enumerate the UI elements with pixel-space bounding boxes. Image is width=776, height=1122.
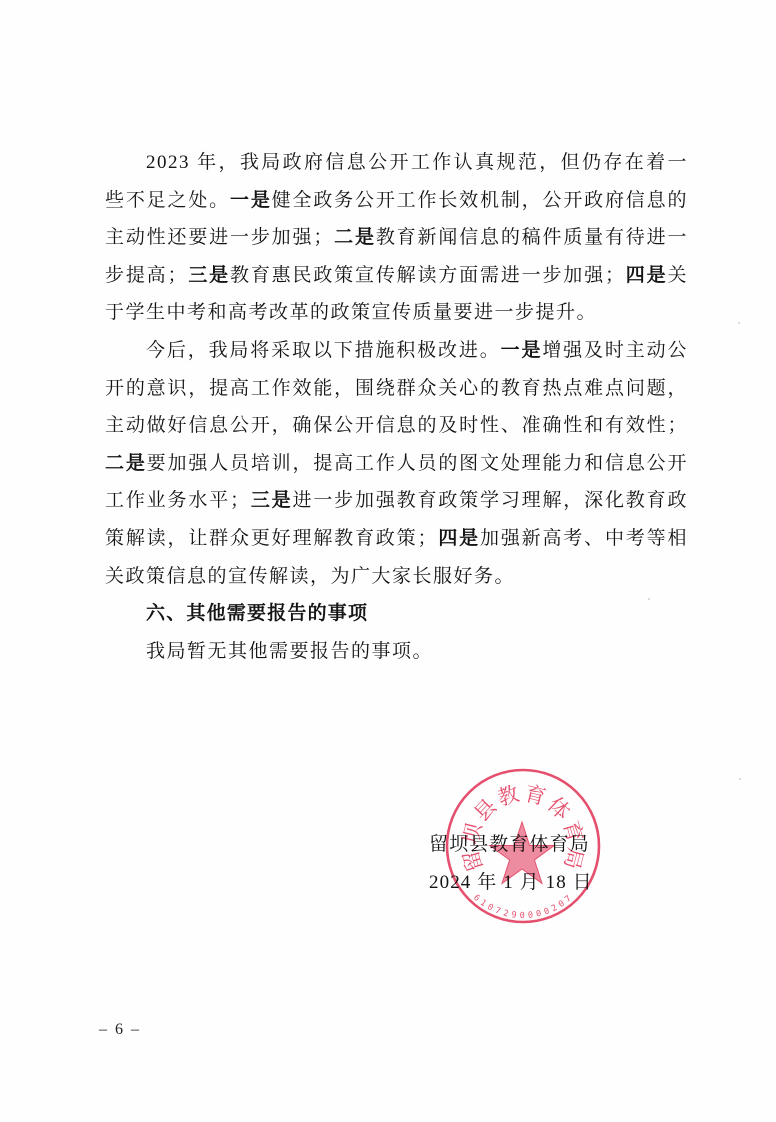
emphasis-label: 二是 <box>334 227 376 248</box>
scan-artifact <box>738 322 740 324</box>
text-segment: 要加强人员培训，提高工作人员的图文处理能力和信息公开 <box>147 453 688 474</box>
document-page: 2023 年，我局政府信息公开工作认真规范，但仍存在着一 些不足之处。一是健全政… <box>0 0 776 1122</box>
text-segment: 主动做好信息公开，确保公开信息的及时性、准确性和有效性； <box>105 415 688 436</box>
text-line: 于学生中考和高考改革的政策宣传质量要进一步提升。 <box>105 294 688 332</box>
emphasis-label: 一是 <box>501 340 543 361</box>
paragraph-improvements: 今后，我局将采取以下措施积极改进。一是增强及时主动公 开的意识，提高工作效能，围… <box>105 332 688 595</box>
text-segment: 教育新闻信息的稿件质量有待进一 <box>376 227 688 248</box>
emphasis-label: 二是 <box>105 453 147 474</box>
scan-artifact <box>648 598 650 600</box>
text-segment: 增强及时主动公 <box>542 340 688 361</box>
text-line: 策解读，让群众更好理解教育政策；四是加强新高考、中考等相 <box>105 520 688 558</box>
emphasis-label: 三是 <box>188 265 230 286</box>
text-line: 2023 年，我局政府信息公开工作认真规范，但仍存在着一 <box>105 144 688 182</box>
text-segment: 2023 年，我局政府信息公开工作认真规范，但仍存在着一 <box>146 152 688 173</box>
scan-artifact <box>739 778 741 780</box>
text-segment: 开的意识，提高工作效能，围绕群众关心的教育热点难点问题， <box>105 378 688 399</box>
text-segment: 教育惠民政策宣传解读方面需进一步加强； <box>230 265 625 286</box>
section-heading: 六、其他需要报告的事项 <box>105 595 688 633</box>
text-segment: 主动性还要进一步加强； <box>105 227 334 248</box>
text-segment: 今后，我局将采取以下措施积极改进。 <box>146 340 501 361</box>
text-line: 步提高；三是教育惠民政策宣传解读方面需进一步加强；四是关 <box>105 257 688 295</box>
text-segment: 健全政务公开工作长效机制，公开政府信息的 <box>272 190 688 211</box>
official-seal-icon: 留坝县教育体育局 6107290000207 <box>443 766 603 926</box>
text-line: 今后，我局将采取以下措施积极改进。一是增强及时主动公 <box>105 332 688 370</box>
emphasis-label: 一是 <box>230 190 272 211</box>
emphasis-label: 四是 <box>625 265 667 286</box>
document-body: 2023 年，我局政府信息公开工作认真规范，但仍存在着一 些不足之处。一是健全政… <box>105 144 688 670</box>
text-segment: 策解读，让群众更好理解教育政策； <box>105 528 438 549</box>
text-segment: 进一步加强教育政策学习理解，深化教育政 <box>293 490 688 511</box>
text-segment: 关政策信息的宣传解读，为广大家长服好务。 <box>105 566 515 587</box>
page-number: – 6 – <box>99 1021 141 1039</box>
paragraph-shortcomings: 2023 年，我局政府信息公开工作认真规范，但仍存在着一 些不足之处。一是健全政… <box>105 144 688 332</box>
text-segment: 些不足之处。 <box>105 190 230 211</box>
emphasis-label: 四是 <box>438 528 480 549</box>
emphasis-label: 三是 <box>251 490 293 511</box>
text-segment: 步提高； <box>105 265 188 286</box>
text-segment: 工作业务水平； <box>105 490 251 511</box>
seal-code-text: 6107290000207 <box>471 893 573 921</box>
text-segment: 关 <box>667 265 688 286</box>
seal-star-icon <box>490 822 555 884</box>
text-line: 开的意识，提高工作效能，围绕群众关心的教育热点难点问题， <box>105 370 688 408</box>
text-line: 二是要加强人员培训，提高工作人员的图文处理能力和信息公开 <box>105 445 688 483</box>
text-line: 主动性还要进一步加强；二是教育新闻信息的稿件质量有待进一 <box>105 219 688 257</box>
text-line: 主动做好信息公开，确保公开信息的及时性、准确性和有效性； <box>105 407 688 445</box>
text-segment: 加强新高考、中考等相 <box>480 528 688 549</box>
text-segment: 于学生中考和高考改革的政策宣传质量要进一步提升。 <box>105 302 597 323</box>
text-line: 些不足之处。一是健全政务公开工作长效机制，公开政府信息的 <box>105 182 688 220</box>
section-body: 我局暂无其他需要报告的事项。 <box>105 633 688 671</box>
text-line: 关政策信息的宣传解读，为广大家长服好务。 <box>105 558 688 596</box>
text-line: 工作业务水平；三是进一步加强教育政策学习理解，深化教育政 <box>105 482 688 520</box>
seal-code: 6107290000207 <box>471 893 573 921</box>
